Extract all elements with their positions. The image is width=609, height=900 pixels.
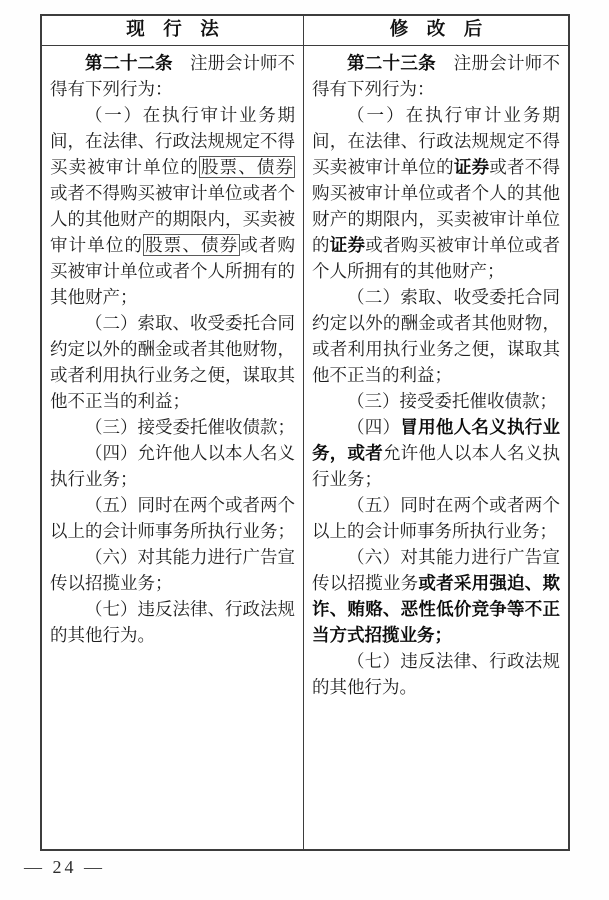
law-text: （三）接受委托催收债款； — [347, 391, 557, 411]
law-paragraph: （六）对其能力进行广告宣传以招揽业务或者采用强迫、欺诈、贿赂、恶性低价竞争等不正… — [312, 544, 560, 648]
law-text: （七）违反法律、行政法规的其他行为。 — [50, 599, 295, 645]
law-paragraph: （五）同时在两个或者两个以上的会计师事务所执行业务； — [50, 492, 295, 544]
law-paragraph: （三）接受委托催收债款； — [312, 388, 560, 414]
law-paragraph: （七）违反法律、行政法规的其他行为。 — [50, 596, 295, 648]
deleted-text: 股票、债券 — [199, 156, 295, 178]
law-paragraph: （三）接受委托催收债款； — [50, 414, 295, 440]
emphasized-text: 第二十二条 — [85, 53, 173, 73]
emphasized-text: 证券 — [330, 235, 365, 255]
page-number: — 24 — — [24, 857, 105, 878]
column-header-current-law: 现 行 法 — [42, 16, 303, 45]
table-body-row: 第二十二条 注册会计师不得有下列行为：（一）在执行审计业务期间，在法律、行政法规… — [42, 46, 568, 849]
law-text: （四） — [347, 417, 400, 437]
column-amended: 第二十三条 注册会计师不得有下列行为：（一）在执行审计业务期间，在法律、行政法规… — [303, 46, 568, 849]
column-header-amended: 修 改 后 — [303, 16, 568, 45]
document-page: 现 行 法 修 改 后 第二十二条 注册会计师不得有下列行为：（一）在执行审计业… — [0, 0, 609, 900]
law-paragraph: （一）在执行审计业务期间，在法律、行政法规规定不得买卖被审计单位的证券或者不得购… — [312, 102, 560, 284]
law-paragraph: （二）索取、收受委托合同约定以外的酬金或者其他财物，或者利用执行业务之便，谋取其… — [50, 310, 295, 414]
column-current-law: 第二十二条 注册会计师不得有下列行为：（一）在执行审计业务期间，在法律、行政法规… — [42, 46, 303, 849]
law-comparison-table: 现 行 法 修 改 后 第二十二条 注册会计师不得有下列行为：（一）在执行审计业… — [40, 14, 570, 851]
law-paragraph: 第二十二条 注册会计师不得有下列行为： — [50, 50, 295, 102]
deleted-text: 股票、债券 — [143, 234, 240, 256]
law-paragraph: （四）允许他人以本人名义执行业务； — [50, 440, 295, 492]
law-paragraph: （五）同时在两个或者两个以上的会计师事务所执行业务； — [312, 492, 560, 544]
law-text: （四）允许他人以本人名义执行业务； — [50, 443, 295, 489]
law-paragraph: （四）冒用他人名义执行业务，或者允许他人以本人名义执行业务； — [312, 414, 560, 492]
law-paragraph: （一）在执行审计业务期间，在法律、行政法规规定不得买卖被审计单位的股票、债券或者… — [50, 102, 295, 310]
law-text: （五）同时在两个或者两个以上的会计师事务所执行业务； — [50, 495, 295, 541]
law-paragraph: （六）对其能力进行广告宣传以招揽业务； — [50, 544, 295, 596]
law-paragraph: 第二十三条 注册会计师不得有下列行为： — [312, 50, 560, 102]
law-paragraph: （七）违反法律、行政法规的其他行为。 — [312, 648, 560, 700]
law-text: （五）同时在两个或者两个以上的会计师事务所执行业务； — [312, 495, 560, 541]
law-text: （六）对其能力进行广告宣传以招揽业务； — [50, 547, 295, 593]
law-paragraph: （二）索取、收受委托合同约定以外的酬金或者其他财物，或者利用执行业务之便，谋取其… — [312, 284, 560, 388]
law-text: （三）接受委托催收债款； — [85, 417, 295, 437]
table-header-row: 现 行 法 修 改 后 — [42, 16, 568, 46]
emphasized-text: 第二十三条 — [347, 53, 436, 73]
law-text: （二）索取、收受委托合同约定以外的酬金或者其他财物，或者利用执行业务之便，谋取其… — [50, 313, 295, 411]
law-text: （七）违反法律、行政法规的其他行为。 — [312, 651, 560, 697]
emphasized-text: 证券 — [454, 157, 489, 177]
law-text: （二）索取、收受委托合同约定以外的酬金或者其他财物，或者利用执行业务之便，谋取其… — [312, 287, 560, 385]
